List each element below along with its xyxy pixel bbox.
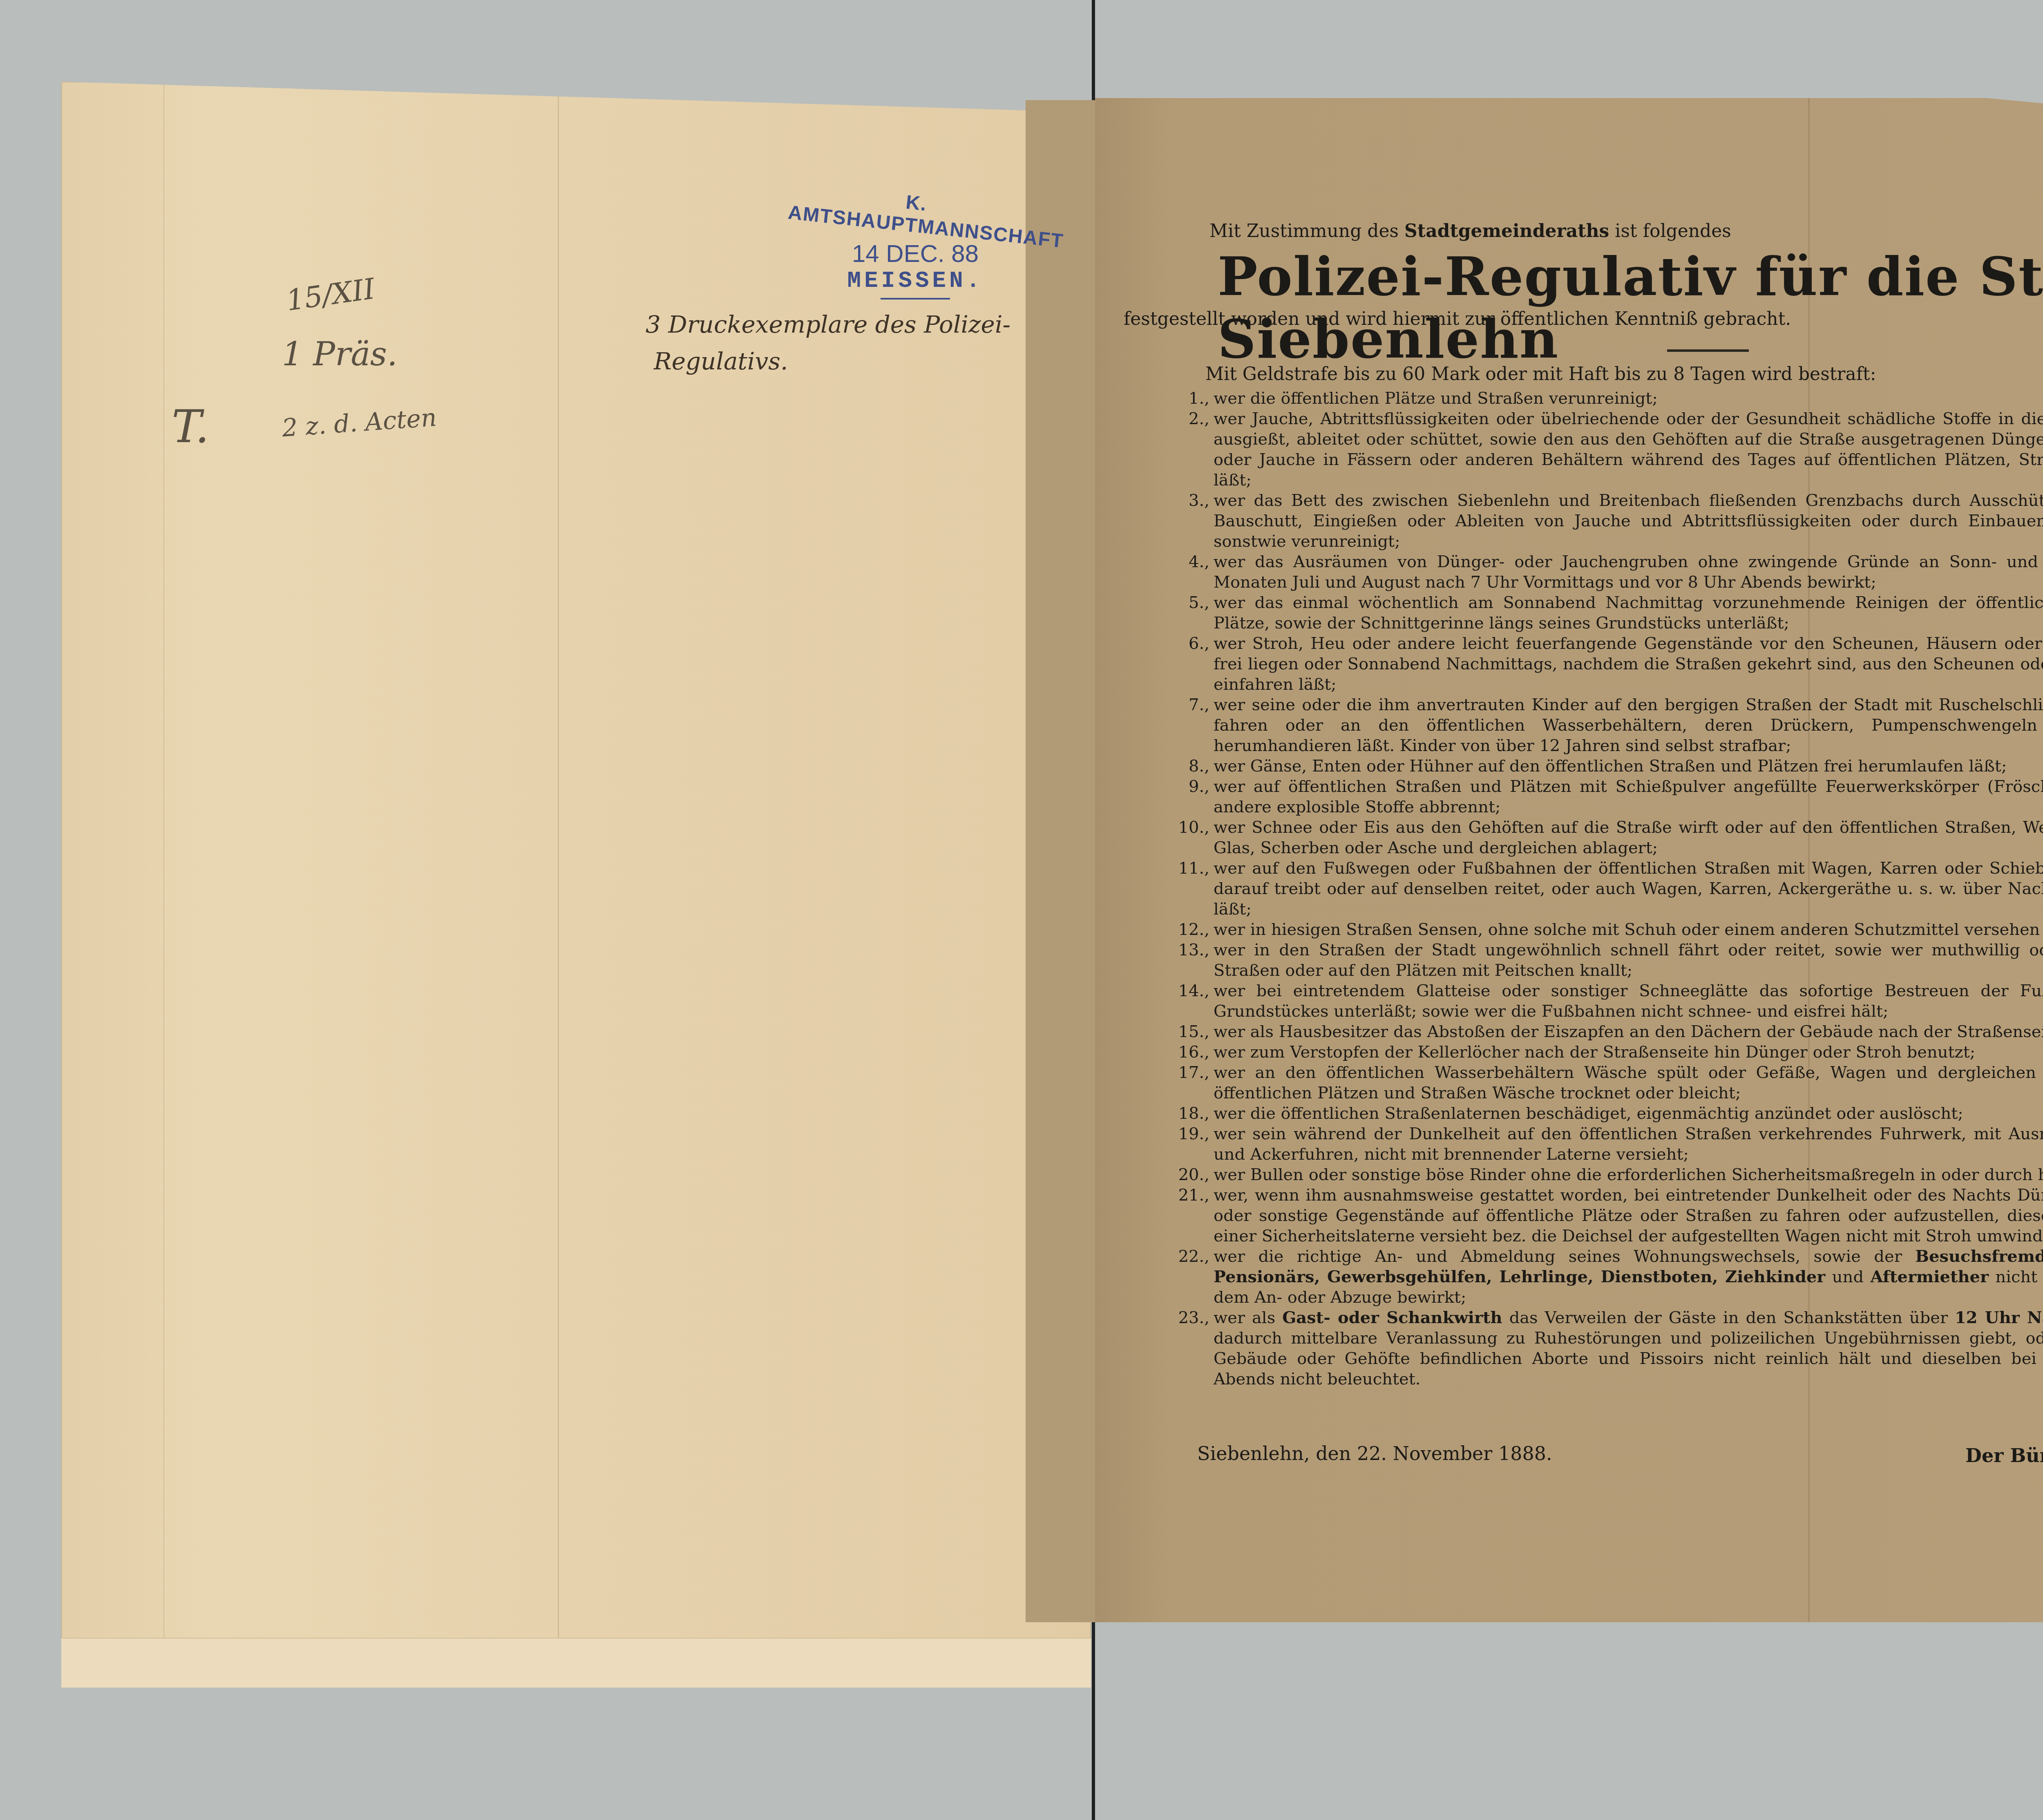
item-text: wer in hiesigen Straßen Sensen, ohne sol… (1214, 919, 2043, 940)
item-number: 10., (1169, 817, 1214, 858)
item-text-bold: Gast- oder Schankwirth (1282, 1308, 1502, 1327)
document-subtitle: festgestellt worden und wird hiermit zur… (1124, 309, 1791, 329)
item-number: 22., (1169, 1246, 1214, 1308)
item-text: wer sein während der Dunkelheit auf den … (1214, 1124, 2043, 1165)
regulation-item: 1.,wer die öffentlichen Plätze und Straß… (1169, 388, 2043, 409)
item-number: 2., (1169, 409, 1214, 490)
regulation-item: 13.,wer in den Straßen der Stadt ungewöh… (1169, 940, 2043, 981)
item-text: wer die richtige An- und Abmeldung seine… (1214, 1246, 2043, 1308)
item-number: 7., (1169, 695, 1214, 756)
item-text: wer, wenn ihm ausnahmsweise gestattet wo… (1214, 1185, 2043, 1246)
item-text-part: wer die richtige An- und Abmeldung seine… (1214, 1247, 1915, 1266)
item-text: wer auf öffentlichen Straßen und Plätzen… (1214, 776, 2043, 817)
penalty-lead: Mit Geldstrafe bis zu 60 Mark oder mit H… (1205, 364, 1876, 385)
item-number: 13., (1169, 940, 1214, 981)
regulation-list: 1.,wer die öffentlichen Plätze und Straß… (1169, 388, 2043, 1389)
handwritten-note: Regulativs. (654, 347, 788, 375)
item-text: wer seine oder die ihm anvertrauten Kind… (1214, 695, 2043, 756)
regulation-item: 4.,wer das Ausräumen von Dünger- oder Ja… (1169, 552, 2043, 593)
handwritten-mark: T. (172, 400, 209, 453)
item-number: 18., (1169, 1103, 1214, 1124)
document-title: Polizei-Regulativ für die Stadt Siebenle… (1218, 245, 2043, 370)
regulation-item: 23.,wer als Gast- oder Schankwirth das V… (1169, 1308, 2043, 1389)
item-number: 5., (1169, 593, 1214, 633)
item-text: wer als Gast- oder Schankwirth das Verwe… (1214, 1308, 2043, 1389)
stamp-city: MEISSEN. (789, 268, 1042, 294)
item-number: 16., (1169, 1042, 1214, 1062)
page-edge (61, 1638, 1091, 1688)
intro-text: Mit Zustimmung des (1209, 221, 1404, 241)
intro-line: Mit Zustimmung des Stadtgemeinderaths is… (1209, 221, 1731, 241)
item-text: wer Gänse, Enten oder Hühner auf den öff… (1214, 756, 2043, 776)
item-text: wer an den öffentlichen Wasserbehältern … (1214, 1062, 2043, 1103)
regulation-item: 2.,wer Jauche, Abtrittsflüssigkeiten ode… (1169, 409, 2043, 490)
item-text: wer Jauche, Abtrittsflüssigkeiten oder ü… (1214, 409, 2043, 490)
regulation-item: 17.,wer an den öffentlichen Wasserbehält… (1169, 1062, 2043, 1103)
regulation-item: 15.,wer als Hausbesitzer das Abstoßen de… (1169, 1022, 2043, 1042)
regulation-item: 7.,wer seine oder die ihm anvertrauten K… (1169, 695, 2043, 756)
divider-rule (1667, 349, 1749, 352)
regulation-item: 6.,wer Stroh, Heu oder andere leicht feu… (1169, 633, 2043, 695)
regulation-item: 18.,wer die öffentlichen Straßenlaternen… (1169, 1103, 2043, 1124)
paper-fold (163, 82, 164, 1688)
item-text: wer in den Straßen der Stadt ungewöhnlic… (1214, 940, 2043, 981)
item-text: wer das Ausräumen von Dünger- oder Jauch… (1214, 552, 2043, 593)
item-number: 6., (1169, 633, 1214, 695)
item-text: wer die öffentlichen Straßenlaternen bes… (1214, 1103, 2043, 1124)
item-number: 19., (1169, 1124, 1214, 1165)
handwritten-note: 3 Druckexemplare des Polizei- (646, 311, 1010, 338)
regulation-item: 5.,wer das einmal wöchentlich am Sonnabe… (1169, 593, 2043, 633)
regulation-item: 12.,wer in hiesigen Straßen Sensen, ohne… (1169, 919, 2043, 940)
item-number: 20., (1169, 1165, 1214, 1185)
item-text: wer bei eintretendem Glatteise oder sons… (1214, 981, 2043, 1022)
handwritten-note: 1 Präs. (282, 335, 398, 373)
item-number: 8., (1169, 756, 1214, 776)
item-number: 4., (1169, 552, 1214, 593)
item-text: wer zum Verstopfen der Kellerlöcher nach… (1214, 1042, 2043, 1062)
regulation-item: 8.,wer Gänse, Enten oder Hühner auf den … (1169, 756, 2043, 776)
binding-flap (1026, 100, 1095, 1622)
item-text: wer Schnee oder Eis aus den Gehöften auf… (1214, 817, 2043, 858)
item-text-part: und (1825, 1268, 1870, 1286)
item-number: 14., (1169, 981, 1214, 1022)
item-number: 11., (1169, 858, 1214, 919)
regulation-item: 10.,wer Schnee oder Eis aus den Gehöften… (1169, 817, 2043, 858)
intro-text: ist folgendes (1609, 221, 1731, 241)
item-number: 9., (1169, 776, 1214, 817)
item-number: 17., (1169, 1062, 1214, 1103)
item-text: wer Bullen oder sonstige böse Rinder ohn… (1214, 1165, 2043, 1185)
item-number: 1., (1169, 388, 1214, 409)
item-text-part: wer als (1214, 1308, 1282, 1327)
item-number: 23., (1169, 1308, 1214, 1389)
stamp-ornament (881, 298, 950, 300)
signatory-title: Der Bürgermeister. (1965, 1444, 2043, 1467)
item-text-bold: 12 Uhr Nachts (1955, 1308, 2043, 1327)
regulation-item: 14.,wer bei eintretendem Glatteise oder … (1169, 981, 2043, 1022)
item-text: wer als Hausbesitzer das Abstoßen der Ei… (1214, 1022, 2043, 1042)
regulation-item: 22.,wer die richtige An- und Abmeldung s… (1169, 1246, 2043, 1308)
regulation-item: 16.,wer zum Verstopfen der Kellerlöcher … (1169, 1042, 2043, 1062)
item-text: wer das einmal wöchentlich am Sonnabend … (1214, 593, 2043, 633)
regulation-item: 11.,wer auf den Fußwegen oder Fußbahnen … (1169, 858, 2043, 919)
item-number: 21., (1169, 1185, 1214, 1246)
intro-bold: Stadtgemeinderaths (1404, 221, 1609, 241)
regulation-item: 20.,wer Bullen oder sonstige böse Rinder… (1169, 1165, 2043, 1185)
office-stamp: K. AMTSHAUPTMANNSCHAFT 14 DEC. 88 MEISSE… (789, 192, 1042, 274)
regulation-item: 3.,wer das Bett des zwischen Siebenlehn … (1169, 490, 2043, 552)
item-number: 15., (1169, 1022, 1214, 1042)
place-and-date: Siebenlehn, den 22. November 1888. (1197, 1442, 1552, 1464)
regulation-item: 19.,wer sein während der Dunkelheit auf … (1169, 1124, 2043, 1165)
item-text: wer Stroh, Heu oder andere leicht feuerf… (1214, 633, 2043, 695)
item-text: wer das Bett des zwischen Siebenlehn und… (1214, 490, 2043, 552)
item-text: wer die öffentlichen Plätze und Straßen … (1214, 388, 2043, 409)
item-number: 3., (1169, 490, 1214, 552)
regulation-item: 21.,wer, wenn ihm ausnahmsweise gestatte… (1169, 1185, 2043, 1246)
item-text-bold: Aftermiether (1870, 1267, 1989, 1286)
regulation-item: 9.,wer auf öffentlichen Straßen und Plät… (1169, 776, 2043, 817)
item-text: wer auf den Fußwegen oder Fußbahnen der … (1214, 858, 2043, 919)
paper-fold (558, 82, 559, 1688)
item-text-part: das Verweilen der Gäste in den Schankstä… (1502, 1308, 1955, 1327)
item-number: 12., (1169, 919, 1214, 940)
